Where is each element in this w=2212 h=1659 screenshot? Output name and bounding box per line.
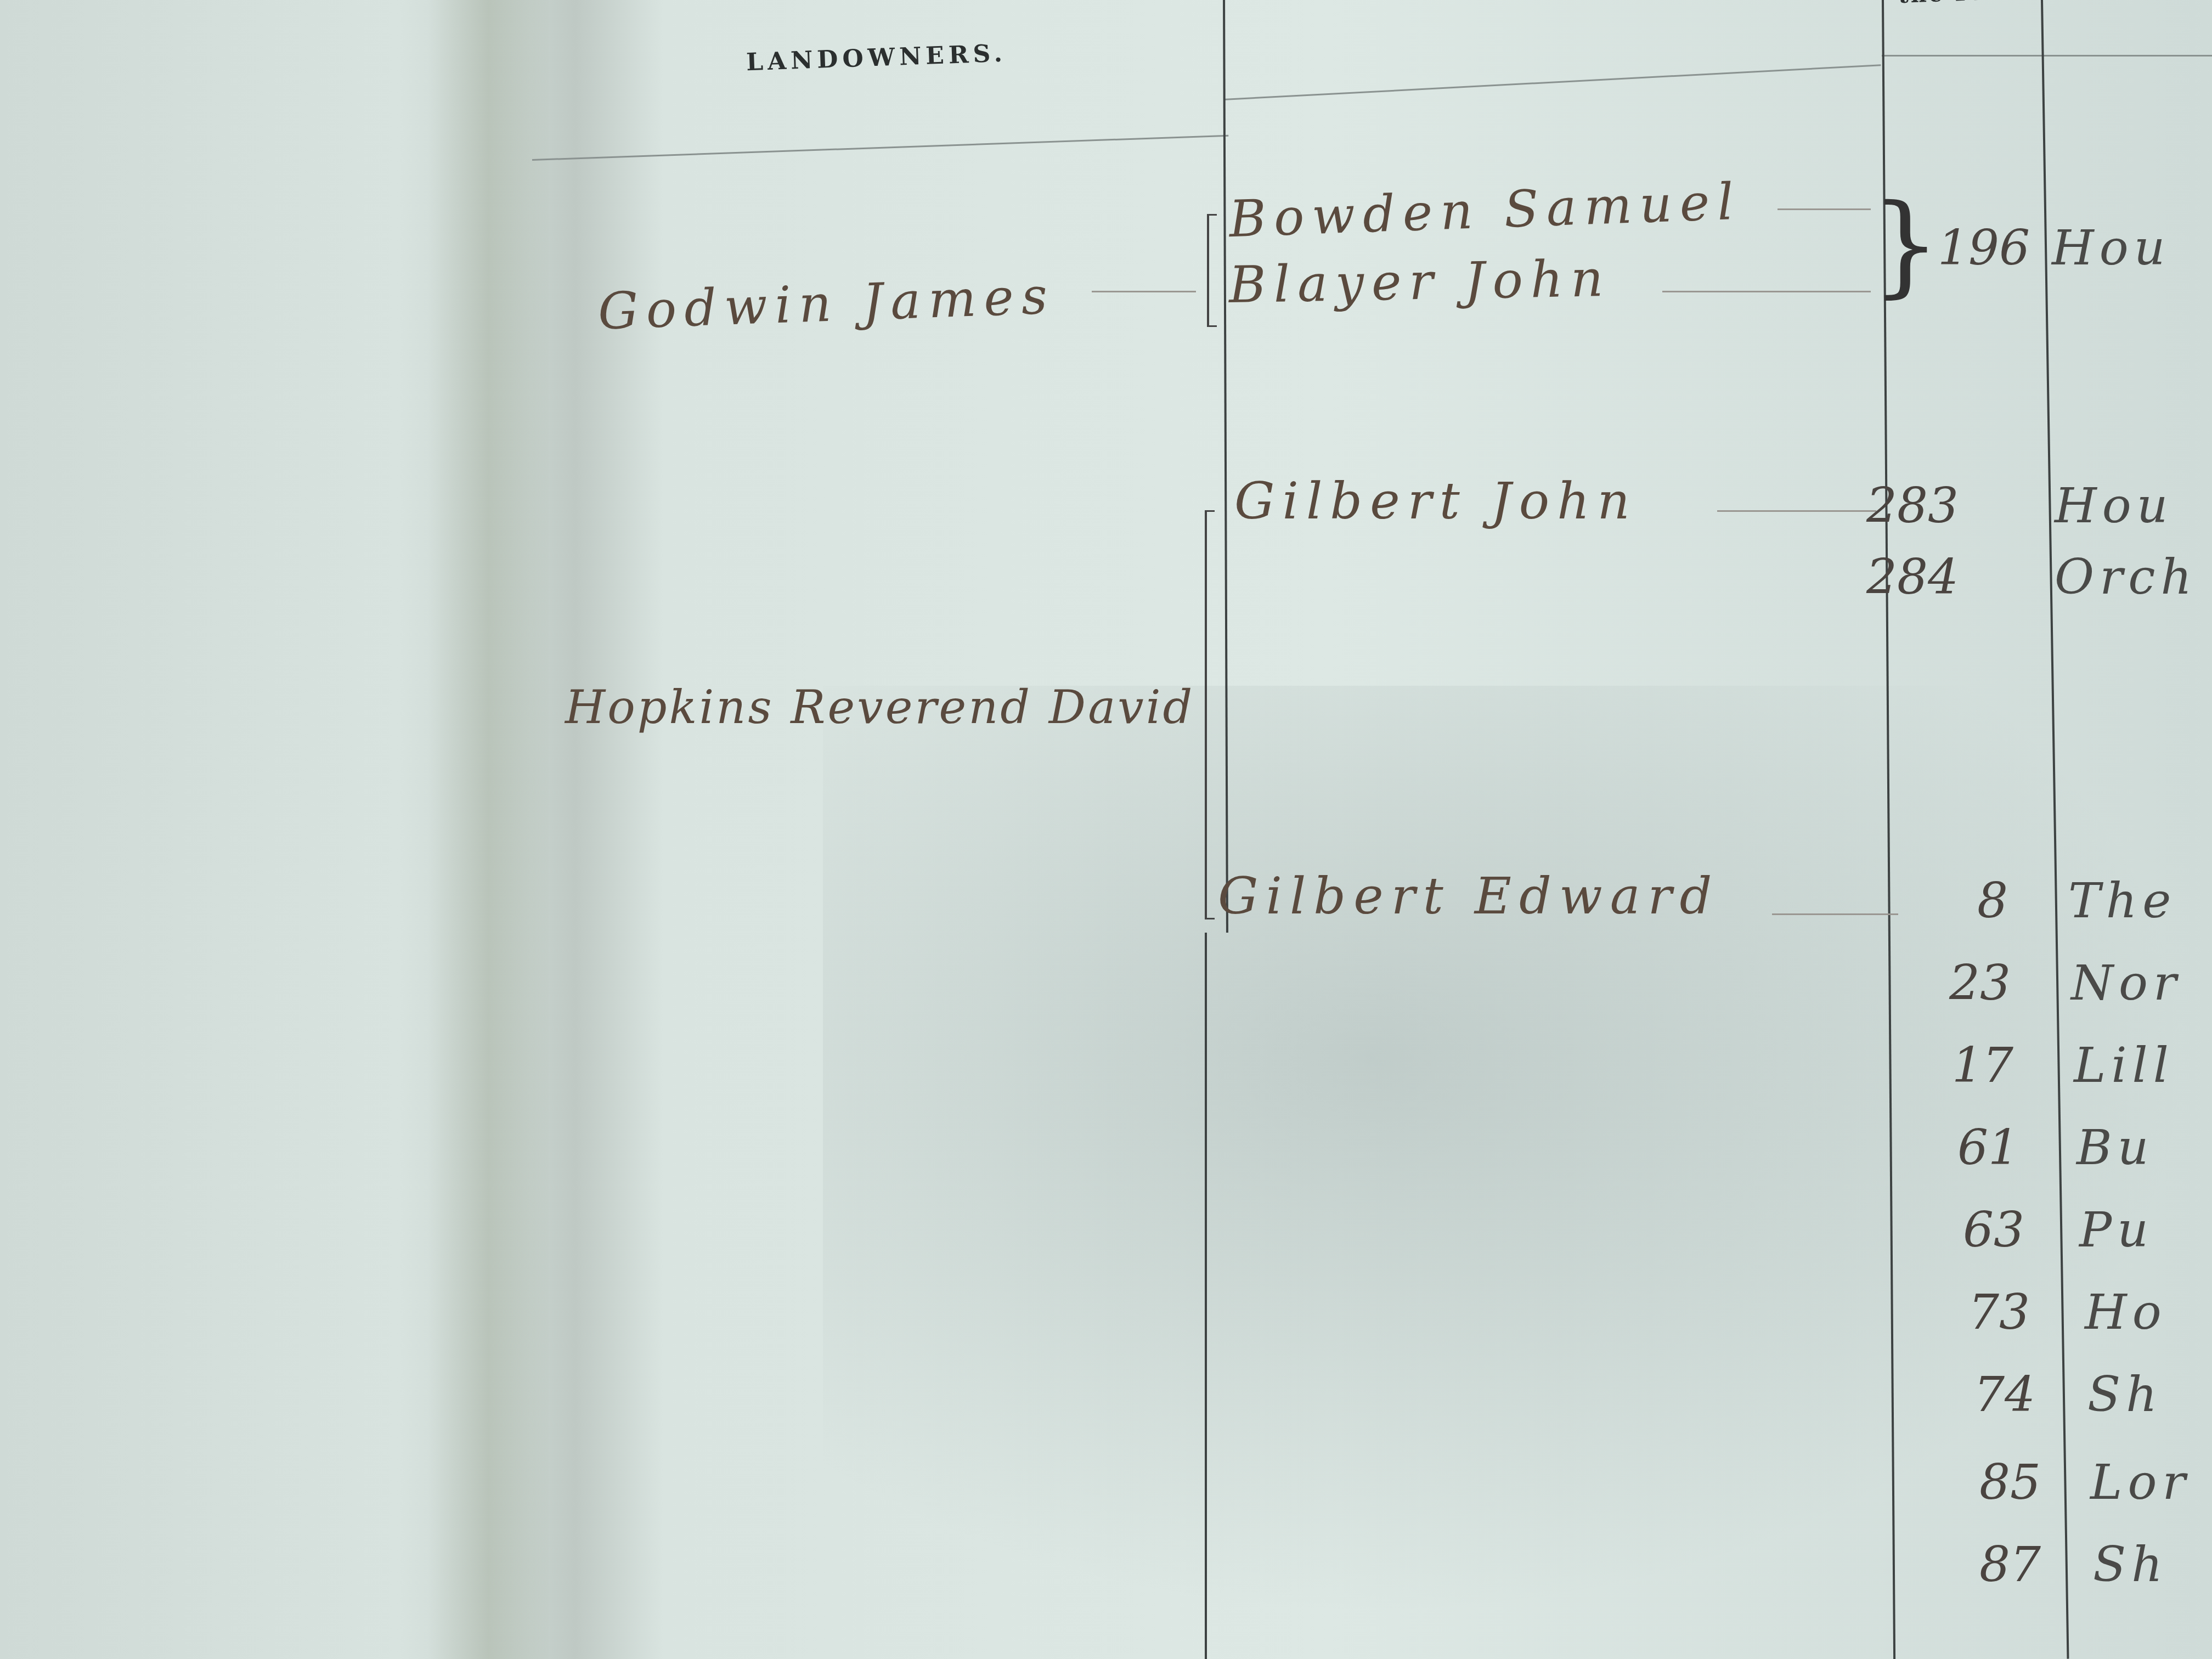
column-divider: [1205, 933, 1207, 1659]
leader-line: [1778, 208, 1871, 210]
header-rule: [1882, 55, 2212, 57]
plot-description: Nor: [2071, 955, 2182, 1011]
plan-number: 61: [1887, 1119, 2019, 1176]
plot-description: Sh: [2087, 1366, 2163, 1423]
plan-number: 63: [1893, 1201, 2024, 1258]
plot-description: Hou: [2055, 477, 2173, 534]
occupier-name: Bowden Samuel: [1228, 172, 1742, 249]
occupier-name: Gilbert Edward: [1218, 867, 1719, 926]
plan-number: 85: [1909, 1454, 2041, 1510]
bracket: [1207, 214, 1217, 327]
landowner-name: Godwin James: [597, 266, 1056, 341]
plan-number: 8: [1876, 872, 2008, 929]
landowner-name: Hopkins Reverend David: [565, 680, 1194, 734]
plan-number: 284: [1827, 549, 1959, 605]
occupier-name: Blayer John: [1228, 249, 1611, 314]
plan-number: 283: [1827, 477, 1959, 534]
plan-number: 87: [1909, 1536, 2041, 1593]
plan-number: 17: [1882, 1037, 2013, 1093]
header-rule: [1223, 64, 1881, 100]
occupier-name: Gilbert John: [1234, 472, 1638, 531]
plot-description: Pu: [2079, 1201, 2154, 1258]
column-header-plan-number: the Plan.: [1898, 0, 2029, 8]
plot-description: The: [2068, 872, 2176, 929]
plan-number: 74: [1904, 1366, 2035, 1423]
plan-number: 196: [1898, 219, 2030, 276]
plot-description: Lill: [2074, 1037, 2174, 1093]
leader-line: [1662, 291, 1871, 292]
plot-description: Orch: [2055, 549, 2197, 605]
plot-description: Ho: [2085, 1284, 2167, 1340]
header-rule: [532, 135, 1228, 161]
book-gutter: [428, 0, 549, 1659]
plot-description: Bu: [2076, 1119, 2154, 1176]
column-header-landowners: LANDOWNERS.: [746, 39, 1007, 77]
plot-description: Sh: [2093, 1536, 2168, 1593]
plan-number: 23: [1879, 955, 2011, 1011]
leader-line: [1092, 291, 1196, 292]
bracket: [1205, 510, 1215, 919]
plot-description: Hou: [2052, 219, 2170, 276]
plot-description: Lor: [2090, 1454, 2191, 1510]
plan-number: 73: [1898, 1284, 2030, 1340]
